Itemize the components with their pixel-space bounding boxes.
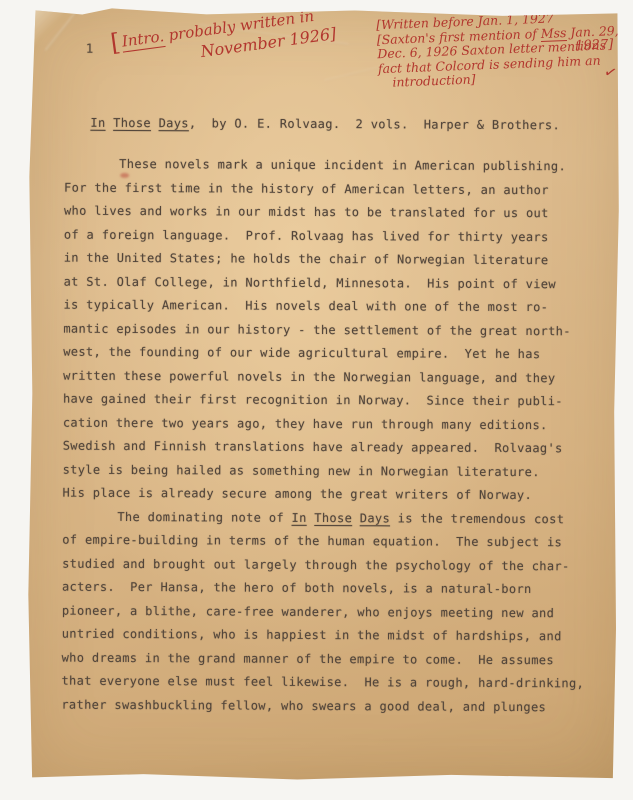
typed-line: studied and brought out largely through … <box>62 552 585 578</box>
text-segment: mantic episodes in our history - the set… <box>63 321 571 338</box>
typed-line: cation there two years ago, they have ru… <box>63 411 586 437</box>
text-segment: , by O. E. Rolvaag. 2 vols. Harper & Bro… <box>189 116 560 132</box>
typed-line: that everyone else must feel likewise. H… <box>61 670 584 696</box>
typed-line: These novels mark a unique incident in A… <box>64 153 587 179</box>
typed-line: mantic episodes in our history - the set… <box>63 317 586 343</box>
annotation-underlined-word: Intro. <box>121 27 166 52</box>
text-segment: who dreams in the grand manner of the em… <box>62 650 554 667</box>
underlined-book-title: Those <box>314 510 352 524</box>
annotation-intro-note: [Intro. probably written in November 192… <box>109 0 338 73</box>
text-segment: is the tremendous cost <box>390 511 564 526</box>
typed-line: His place is already secure among the gr… <box>62 482 585 508</box>
typed-line: untried conditions, who is happiest in t… <box>62 623 585 649</box>
text-segment: at St. Olaf College, in Northfield, Minn… <box>64 274 556 291</box>
typed-line: written these powerful novels in the Nor… <box>63 364 586 390</box>
typed-line: style is being hailed as something new i… <box>63 458 586 484</box>
underlined-book-title: Those <box>113 116 151 130</box>
text-segment <box>106 116 114 130</box>
text-segment: studied and brought out largely through … <box>62 556 570 573</box>
text-segment: acters. Per Hansa, the hero of both nove… <box>62 580 532 596</box>
page-number: 1 <box>86 41 94 56</box>
typed-line: at St. Olaf College, in Northfield, Minn… <box>64 270 587 296</box>
text-segment: in the United States; he holds the chair… <box>64 251 549 268</box>
text-segment: written these powerful novels in the Nor… <box>63 368 555 385</box>
text-segment: His place is already secure among the gr… <box>62 486 532 502</box>
typed-line: west, the founding of our wide agricultu… <box>63 341 586 367</box>
typed-line: of empire-building in terms of the human… <box>62 529 585 555</box>
typed-line: The dominating note of In Those Days is … <box>62 505 585 531</box>
text-segment: who lives and works in our midst has to … <box>64 204 549 221</box>
typed-line: who lives and works in our midst has to … <box>64 200 587 226</box>
text-segment: of a foreign language. Prof. Rolvaag has… <box>64 227 549 244</box>
text-segment: The dominating note of <box>117 509 291 524</box>
typed-line: is typically American. His novels deal w… <box>63 294 586 320</box>
text-segment: that everyone else must feel likewise. H… <box>61 674 584 691</box>
text-segment: style is being hailed as something new i… <box>63 462 540 478</box>
typed-line: have gained their first recognition in N… <box>63 388 586 414</box>
underlined-book-title: Days <box>360 511 390 525</box>
text-segment: of empire-building in terms of the human… <box>62 533 562 550</box>
underlined-book-title: In <box>292 510 307 524</box>
typed-body: These novels mark a unique incident in A… <box>61 153 587 720</box>
text-segment: These novels mark a unique incident in A… <box>119 157 566 173</box>
text-segment: is typically American. His novels deal w… <box>63 298 548 315</box>
manuscript-paper: 1 [Intro. probably written in November 1… <box>25 6 621 783</box>
text-segment: west, the founding of our wide agricultu… <box>63 345 540 361</box>
typed-line: who dreams in the grand manner of the em… <box>62 646 585 672</box>
typed-title-line: In Those Days, by O. E. Rolvaag. 2 vols.… <box>90 112 560 138</box>
annotation-dates-note: [Written before Jan. 1, 1927 [Saxton's f… <box>376 8 633 91</box>
scan-background: { "colors": { "paper": "#d9b788", "typed… <box>0 0 633 800</box>
typed-line: of a foreign language. Prof. Rolvaag has… <box>64 223 587 249</box>
typed-line: pioneer, a blithe, care-free wanderer, w… <box>62 599 585 625</box>
text-segment: cation there two years ago, they have ru… <box>63 415 548 432</box>
text-segment: For the first time in the history of Ame… <box>64 180 549 197</box>
text-segment <box>307 510 315 524</box>
underlined-book-title: In <box>90 116 105 130</box>
text-segment: untried conditions, who is happiest in t… <box>62 627 562 644</box>
typed-line: For the first time in the history of Ame… <box>64 176 587 202</box>
typed-line: in the United States; he holds the chair… <box>64 247 587 273</box>
typed-line: acters. Per Hansa, the hero of both nove… <box>62 576 585 602</box>
text-segment: Swedish and Finnish translations have al… <box>63 439 563 456</box>
underlined-book-title: Days <box>159 116 189 130</box>
text-segment: have gained their first recognition in N… <box>63 392 563 409</box>
typed-line: Swedish and Finnish translations have al… <box>63 435 586 461</box>
text-segment: rather swashbuckling fellow, who swears … <box>61 697 546 714</box>
text-segment: pioneer, a blithe, care-free wanderer, w… <box>62 603 554 620</box>
annotation-year-right: 1927] <box>575 38 614 54</box>
typed-line: rather swashbuckling fellow, who swears … <box>61 693 584 719</box>
